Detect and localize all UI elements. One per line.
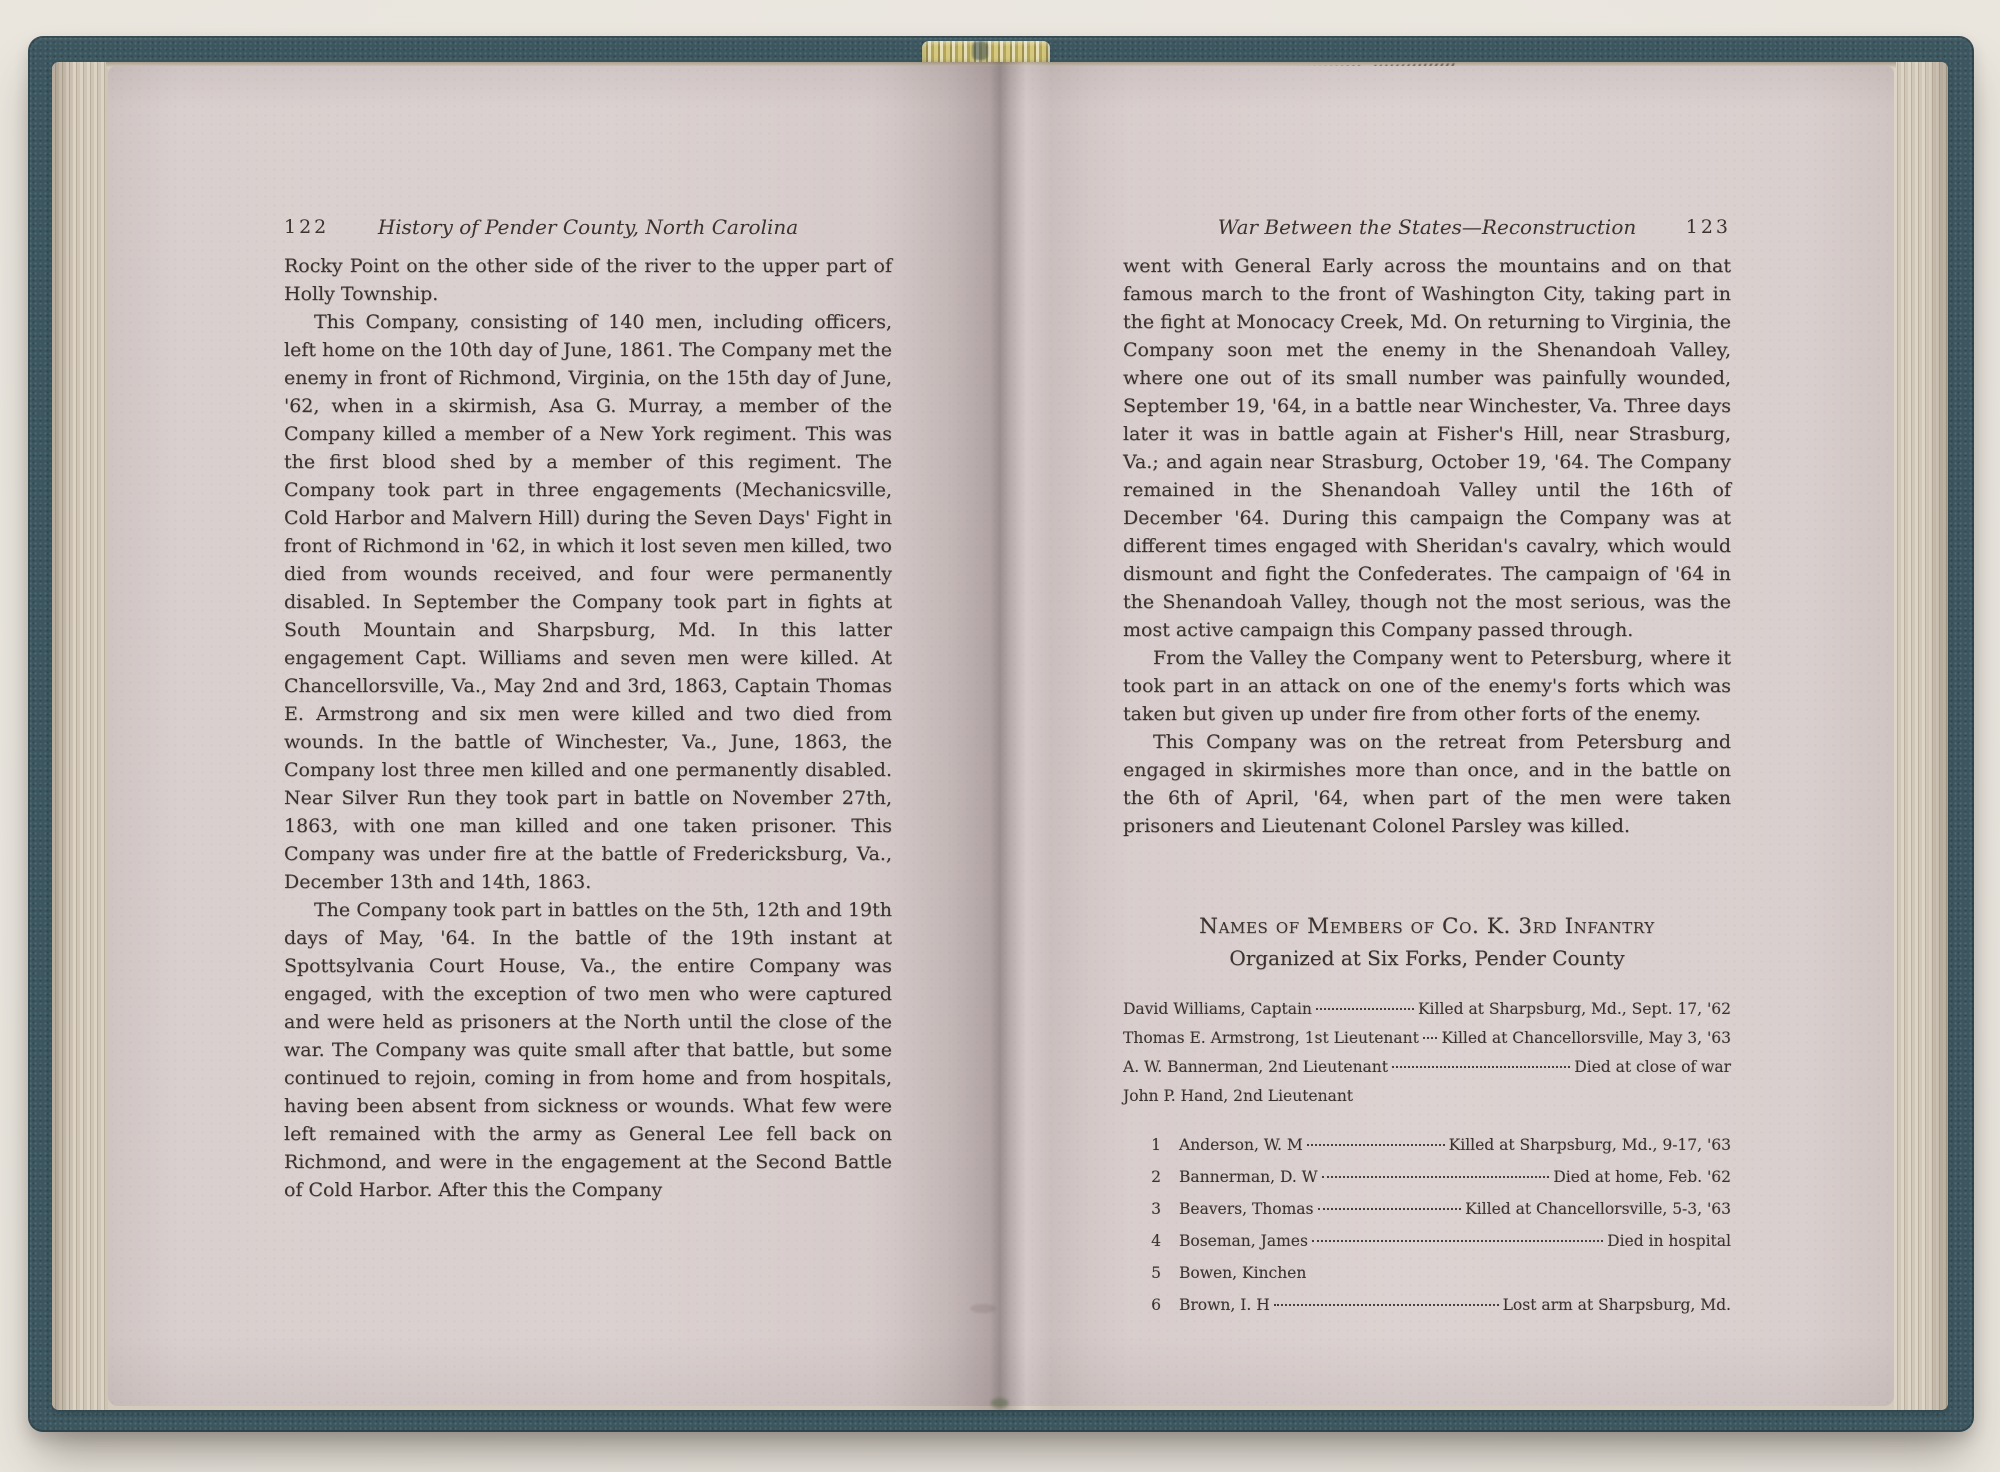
member-fate: Lost arm at Sharpsburg, Md.	[1503, 1289, 1731, 1321]
member-number: 3	[1147, 1193, 1161, 1225]
roster-row: 3 Beavers, Thomas Killed at Chancellorsv…	[1123, 1193, 1731, 1225]
dot-leader	[1322, 1176, 1550, 1178]
dot-leader	[1318, 1208, 1462, 1210]
member-name: Brown, I. H	[1179, 1289, 1270, 1321]
page-number-right: 123	[1686, 212, 1731, 242]
right-page: War Between the States—Reconstruction 12…	[1001, 66, 1894, 1406]
member-fate: Died at home, Feb. '62	[1553, 1161, 1731, 1193]
roster-row: 1 Anderson, W. M Killed at Sharpsburg, M…	[1123, 1129, 1731, 1161]
member-fate: Died in hospital	[1607, 1225, 1731, 1257]
running-head-right: War Between the States—Reconstruction 12…	[1123, 212, 1731, 242]
left-page: 122 History of Pender County, North Caro…	[108, 66, 1001, 1406]
dot-leader	[1312, 1240, 1603, 1242]
member-fate: Killed at Sharpsburg, Md., 9-17, '63	[1449, 1129, 1731, 1161]
page-number-left: 122	[284, 212, 329, 242]
member-number: 5	[1147, 1257, 1161, 1289]
page-block: 122 History of Pender County, North Caro…	[52, 62, 1948, 1410]
running-title-right: War Between the States—Reconstruction	[1218, 215, 1637, 239]
right-page-body: went with General Early across the mount…	[1123, 252, 1731, 840]
page-edge-left	[52, 62, 108, 1410]
body-paragraph: The Company took part in battles on the …	[284, 896, 892, 1204]
roster-row: 2 Bannerman, D. W Died at home, Feb. '62	[1123, 1161, 1731, 1193]
members-list: 1 Anderson, W. M Killed at Sharpsburg, M…	[1123, 1129, 1731, 1321]
member-number: 4	[1147, 1225, 1161, 1257]
open-spread: 122 History of Pender County, North Caro…	[108, 66, 1894, 1406]
member-number: 2	[1147, 1161, 1161, 1193]
running-head-left: 122 History of Pender County, North Caro…	[284, 212, 892, 242]
member-name: Beavers, Thomas	[1179, 1193, 1314, 1225]
book-cover: 122 History of Pender County, North Caro…	[28, 36, 1974, 1432]
page-edge-right	[1894, 62, 1948, 1410]
dot-leader	[1392, 1066, 1570, 1068]
running-title-left: History of Pender County, North Carolina	[378, 215, 798, 239]
officers-list: David Williams, Captain Killed at Sharps…	[1123, 995, 1731, 1111]
roster-row: John P. Hand, 2nd Lieutenant	[1123, 1082, 1731, 1111]
member-number: 6	[1147, 1289, 1161, 1321]
member-name: Bannerman, D. W	[1179, 1161, 1318, 1193]
officer-name: John P. Hand, 2nd Lieutenant	[1123, 1082, 1353, 1111]
member-name: Bowen, Kinchen	[1179, 1257, 1306, 1289]
dot-leader	[1316, 1008, 1414, 1010]
dot-leader	[1423, 1037, 1438, 1039]
paper-blemish	[970, 1304, 996, 1313]
book-photo-background: 122 History of Pender County, North Caro…	[0, 0, 2000, 1472]
roster-row: David Williams, Captain Killed at Sharps…	[1123, 995, 1731, 1024]
roster-row: 5 Bowen, Kinchen	[1123, 1257, 1731, 1289]
roster-heading: Names of Members of Co. K. 3rd Infantry	[1123, 914, 1731, 939]
dot-leader	[1307, 1144, 1445, 1146]
body-paragraph: Rocky Point on the other side of the riv…	[284, 252, 892, 308]
member-name: Anderson, W. M	[1179, 1129, 1303, 1161]
officer-name: David Williams, Captain	[1123, 995, 1312, 1024]
officer-name: A. W. Bannerman, 2nd Lieutenant	[1123, 1053, 1388, 1082]
roster-row: 6 Brown, I. H Lost arm at Sharpsburg, Md…	[1123, 1289, 1731, 1321]
officer-name: Thomas E. Armstrong, 1st Lieutenant	[1123, 1024, 1419, 1053]
member-name: Boseman, James	[1179, 1225, 1308, 1257]
member-fate: Killed at Chancellorsville, 5-3, '63	[1465, 1193, 1731, 1225]
body-paragraph: From the Valley the Company went to Pete…	[1123, 644, 1731, 728]
roster-subheading: Organized at Six Forks, Pender County	[1123, 946, 1731, 970]
body-paragraph: went with General Early across the mount…	[1123, 252, 1731, 644]
roster-row: Thomas E. Armstrong, 1st Lieutenant Kill…	[1123, 1024, 1731, 1053]
roster-row: 4 Boseman, James Died in hospital	[1123, 1225, 1731, 1257]
officer-fate: Died at close of war	[1574, 1053, 1731, 1082]
body-paragraph: This Company, consisting of 140 men, inc…	[284, 308, 892, 896]
officer-fate: Killed at Sharpsburg, Md., Sept. 17, '62	[1418, 995, 1731, 1024]
roster-row: A. W. Bannerman, 2nd Lieutenant Died at …	[1123, 1053, 1731, 1082]
dot-leader	[1274, 1304, 1499, 1306]
officer-fate: Killed at Chancellorsville, May 3, '63	[1441, 1024, 1731, 1053]
body-paragraph: This Company was on the retreat from Pet…	[1123, 728, 1731, 840]
left-page-body: Rocky Point on the other side of the riv…	[284, 252, 892, 1204]
member-number: 1	[1147, 1129, 1161, 1161]
